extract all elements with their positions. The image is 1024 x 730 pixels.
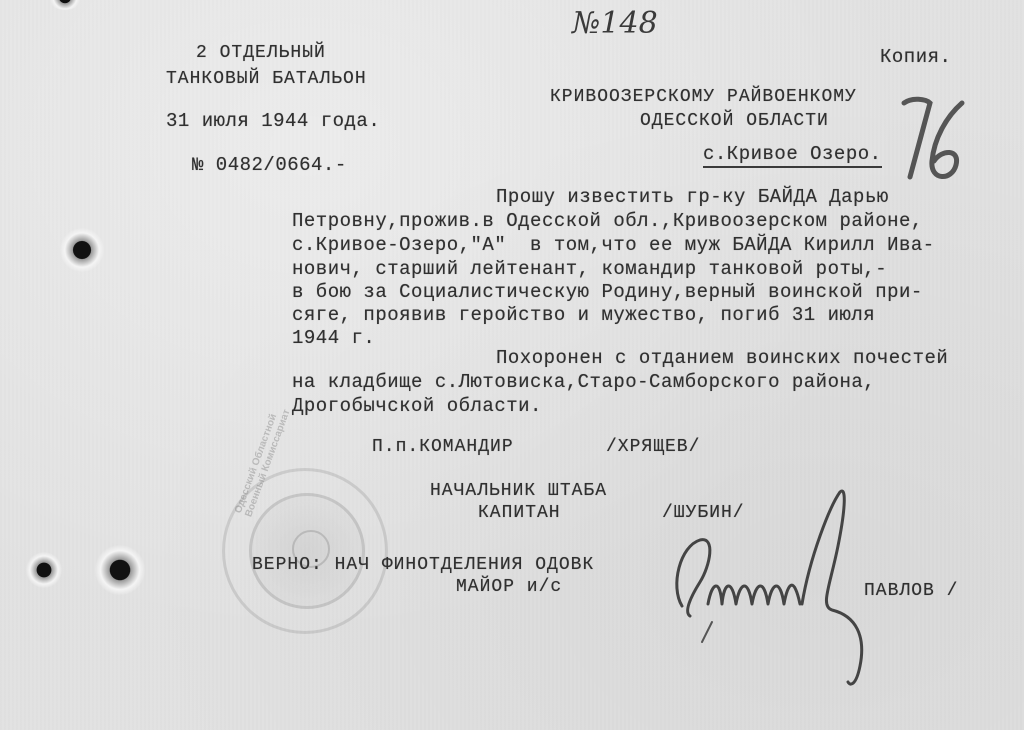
body-line: Похоронен с отданием воинских почестей	[496, 349, 948, 368]
handwritten-signature	[660, 486, 880, 706]
document-date: 31 июля 1944 года.	[166, 112, 380, 131]
body-line: Дрогобычской области.	[292, 397, 542, 416]
commander-name: /ХРЯЩЕВ/	[606, 438, 700, 456]
punch-hole	[60, 228, 104, 272]
certified-line1: ВЕРНО: НАЧ ФИНОТДЕЛЕНИЯ ОДОВК	[252, 556, 594, 574]
body-line: нович, старший лейтенант, командир танко…	[292, 260, 887, 279]
punch-hole	[95, 545, 145, 595]
chief-of-staff-title: НАЧАЛЬНИК ШТАБА	[430, 482, 607, 500]
body-line: 1944 г.	[292, 329, 375, 348]
body-line: с.Кривое-Озеро,"А" в том,что ее муж БАЙД…	[292, 236, 935, 255]
official-stamp: Одесский Областной Военный Комиссариат	[222, 468, 388, 634]
sender-unit-line1: 2 ОТДЕЛЬНЫЙ	[196, 44, 326, 62]
copy-label: Копия.	[880, 48, 951, 67]
recipient-line1: КРИВООЗЕРСКОМУ РАЙВОЕНКОМУ	[550, 88, 857, 106]
recipient-line3: с.Кривое Озеро.	[703, 145, 882, 168]
sender-unit-line2: ТАНКОВЫЙ БАТАЛЬОН	[166, 70, 367, 88]
stamp-inner-ring	[249, 493, 365, 609]
body-line: сяге, проявив геройство и мужество, поги…	[292, 306, 875, 325]
archive-number: №148	[572, 6, 658, 41]
reference-number: № 0482/0664.-	[192, 156, 347, 175]
punch-hole	[48, 0, 82, 10]
body-line: на кладбище с.Лютовиска,Старо-Самборског…	[292, 373, 875, 392]
body-line: Прошу известить гр-ку БАЙДА Дарью	[496, 188, 889, 207]
chief-of-staff-rank: КАПИТАН	[478, 504, 561, 522]
certified-line2: МАЙОР и/с	[456, 578, 562, 596]
punch-hole	[26, 552, 62, 588]
document-page: Одесский Областной Военный Комиссариат №…	[0, 0, 1024, 730]
recipient-line2: ОДЕССКОЙ ОБЛАСТИ	[640, 112, 829, 130]
commander-title: П.п.КОМАНДИР	[372, 438, 514, 456]
handwritten-mark-76	[890, 95, 970, 190]
body-line: в бою за Социалистическую Родину,верный …	[292, 283, 923, 302]
body-line: Петровну,прожив.в Одесской обл.,Кривоозе…	[292, 212, 923, 231]
